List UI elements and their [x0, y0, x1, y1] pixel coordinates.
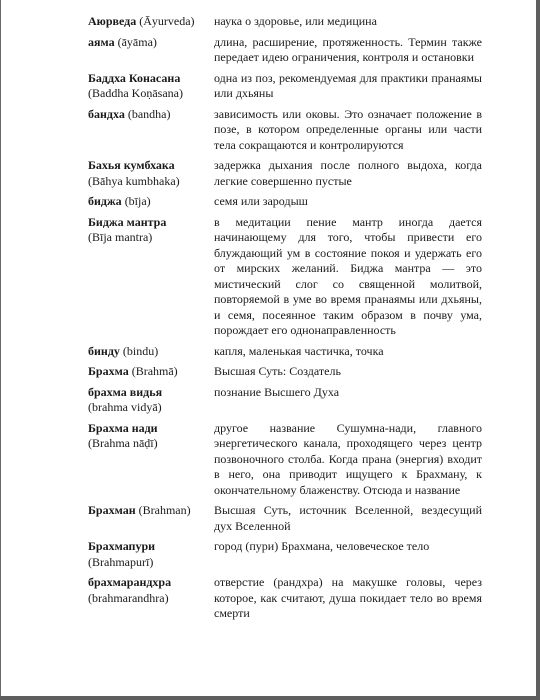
term-transliteration: (Bīja mantra): [88, 230, 152, 244]
term-transliteration: (bīja): [125, 194, 151, 208]
glossary-entry: Брахмапури(Brahmapurī)город (пури) Брахм…: [88, 539, 482, 570]
term-transliteration: (āyāma): [118, 35, 157, 49]
glossary-term: Баддха Конасана(Baddha Koṇāsana): [88, 71, 214, 102]
glossary-entry: аяма (āyāma)длина, расширение, протяженн…: [88, 35, 482, 66]
glossary-entry: Баддха Конасана(Baddha Koṇāsana)одна из …: [88, 71, 482, 102]
glossary-entry: брахмарандхра(brahmarandhra)отверстие (р…: [88, 575, 482, 622]
glossary-term: брахма видья(brahma vidyā): [88, 385, 214, 416]
glossary-term: Брахмапури(Brahmapurī): [88, 539, 214, 570]
term-transliteration: (Brahmapurī): [88, 555, 153, 569]
glossary-definition: Высшая Суть, источник Вселенной, вездесу…: [214, 503, 482, 534]
glossary-entry: Бахья кумбхака(Bāhya kumbhaka)задержка д…: [88, 158, 482, 189]
term-transliteration: (bandha): [128, 107, 171, 121]
glossary-definition: город (пури) Брахмана, человеческое тело: [214, 539, 482, 570]
glossary-entry: бинду (bindu)капля, маленькая частичка, …: [88, 344, 482, 360]
term-transliteration: (bindu): [123, 344, 158, 358]
glossary-definition: познание Высшего Духа: [214, 385, 482, 416]
glossary-definition: одна из поз, рекомендуемая для практики …: [214, 71, 482, 102]
term-word: Брахма нади: [88, 421, 158, 435]
glossary-entry: брахма видья(brahma vidyā)познание Высше…: [88, 385, 482, 416]
glossary-definition: семя или зародыш: [214, 194, 482, 210]
glossary-definition: капля, маленькая частичка, точка: [214, 344, 482, 360]
document-page: Аюрведа (Āyurveda)наука о здоровье, или …: [0, 0, 536, 696]
glossary-term: бандха (bandha): [88, 107, 214, 154]
term-word: аяма: [88, 35, 115, 49]
page-shadow-right: [536, 0, 540, 700]
term-word: биджа: [88, 194, 122, 208]
glossary-term: Брахма нади(Brahma nāḍī): [88, 421, 214, 499]
glossary-term: брахмарандхра(brahmarandhra): [88, 575, 214, 622]
glossary-term: Брахма (Brahmā): [88, 364, 214, 380]
glossary-term: Брахман (Brahman): [88, 503, 214, 534]
term-word: Брахмапури: [88, 539, 155, 553]
glossary-term: Аюрведа (Āyurveda): [88, 14, 214, 30]
glossary-term: биджа (bīja): [88, 194, 214, 210]
glossary-entry: Брахма нади(Brahma nāḍī)другое название …: [88, 421, 482, 499]
term-transliteration: (brahma vidyā): [88, 400, 162, 414]
term-word: Аюрведа: [88, 14, 136, 28]
term-transliteration: (Bāhya kumbhaka): [88, 174, 180, 188]
glossary-definition: зависимость или оковы. Это означает поло…: [214, 107, 482, 154]
term-transliteration: (Brahmā): [132, 364, 178, 378]
term-word: брахмарандхра: [88, 575, 171, 589]
glossary-term: Бахья кумбхака(Bāhya kumbhaka): [88, 158, 214, 189]
glossary-definition: в медитации пение мантр иногда дается на…: [214, 215, 482, 339]
glossary-term: бинду (bindu): [88, 344, 214, 360]
glossary-entry: Брахман (Brahman)Высшая Суть, источник В…: [88, 503, 482, 534]
glossary-entry: Аюрведа (Āyurveda)наука о здоровье, или …: [88, 14, 482, 30]
glossary-term: аяма (āyāma): [88, 35, 214, 66]
term-word: Бахья кумбхака: [88, 158, 175, 172]
term-word: Брахман: [88, 503, 136, 517]
term-word: Биджа мантра: [88, 215, 166, 229]
page-shadow-bottom: [0, 696, 540, 700]
term-word: Брахма: [88, 364, 129, 378]
glossary-entry: биджа (bīja)семя или зародыш: [88, 194, 482, 210]
term-transliteration: (Brahman): [139, 503, 191, 517]
term-transliteration: (Āyurveda): [139, 14, 194, 28]
term-word: бандха: [88, 107, 125, 121]
term-word: бинду: [88, 344, 120, 358]
term-word: Баддха Конасана: [88, 71, 180, 85]
term-transliteration: (brahmarandhra): [88, 591, 169, 605]
term-transliteration: (Baddha Koṇāsana): [88, 86, 183, 100]
glossary-entry: Биджа мантра(Bīja mantra)в медитации пен…: [88, 215, 482, 339]
glossary-entry: Брахма (Brahmā)Высшая Суть: Создатель: [88, 364, 482, 380]
glossary-definition: длина, расширение, протяженность. Термин…: [214, 35, 482, 66]
glossary-definition: другое название Сушумна-нади, главного э…: [214, 421, 482, 499]
glossary-entry: бандха (bandha)зависимость или оковы. Эт…: [88, 107, 482, 154]
glossary-list: Аюрведа (Āyurveda)наука о здоровье, или …: [88, 14, 482, 627]
glossary-definition: задержка дыхания после полного выдоха, к…: [214, 158, 482, 189]
glossary-definition: отверстие (рандхра) на макушке головы, ч…: [214, 575, 482, 622]
glossary-definition: Высшая Суть: Создатель: [214, 364, 482, 380]
term-transliteration: (Brahma nāḍī): [88, 436, 158, 450]
glossary-definition: наука о здоровье, или медицина: [214, 14, 482, 30]
glossary-term: Биджа мантра(Bīja mantra): [88, 215, 214, 339]
term-word: брахма видья: [88, 385, 162, 399]
